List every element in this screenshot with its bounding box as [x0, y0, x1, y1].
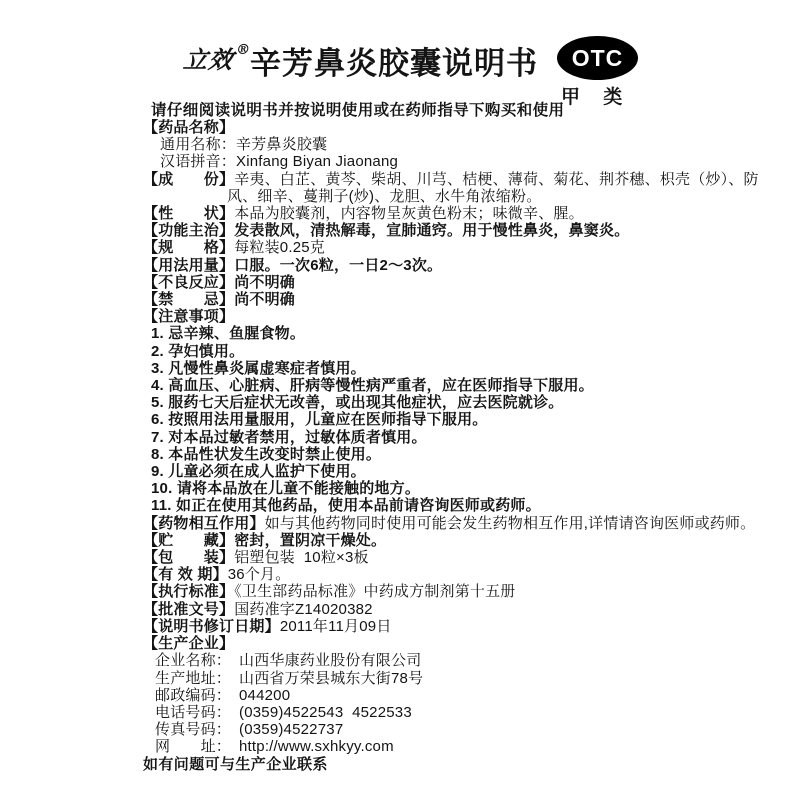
section-ingredients-label: 【成 份】 [143, 171, 234, 188]
generic-name-value: 辛芳鼻炎胶囊 [236, 136, 327, 153]
section-specification-content: 每粒装0.25克 [234, 239, 325, 256]
leaflet-body: 【药品名称】 通用名称：辛芳鼻炎胶囊 汉语拼音：Xinfang Biyan Ji… [143, 119, 709, 773]
section-adverse-reactions-content: 尚不明确 [234, 274, 295, 291]
section-precautions-label: 【注意事项】 [143, 308, 234, 325]
fax-key: 传真号码： [155, 721, 239, 738]
section-package: 【包 装】铝塑包装 10粒×3板 [143, 549, 709, 566]
section-revision-date: 【说明书修订日期】2011年11月09日 [143, 618, 709, 635]
manufacturer-row: 生产地址：山西省万荣县城东大街78号 [143, 670, 709, 687]
section-adverse-reactions-label: 【不良反应】 [143, 274, 234, 291]
generic-name-key: 通用名称： [160, 136, 236, 153]
contact-note: 如有问题可与生产企业联系 [143, 756, 709, 773]
section-storage: 【贮 藏】密封，置阴凉干燥处。 [143, 532, 709, 549]
precaution-item: 9. 儿童必须在成人监护下使用。 [143, 463, 709, 480]
section-manufacturer-label: 【生产企业】 [143, 635, 234, 652]
section-dosage-content: 口服。一次6粒，一日2～3次。 [234, 257, 442, 274]
section-character-label: 【性 状】 [143, 205, 234, 222]
phone-value: (0359)4522543 4522533 [239, 704, 412, 721]
section-manufacturer: 【生产企业】 [143, 635, 709, 652]
section-storage-label: 【贮 藏】 [143, 532, 234, 549]
section-standard: 【执行标准】《卫生部药品标准》中药成方制剂第十五册 [143, 583, 709, 600]
section-package-content: 铝塑包装 10粒×3板 [234, 549, 369, 566]
section-dosage: 【用法用量】口服。一次6粒，一日2～3次。 [143, 257, 709, 274]
precaution-item: 1. 忌辛辣、鱼腥食物。 [143, 325, 709, 342]
section-precautions: 【注意事项】 [143, 308, 709, 325]
pinyin-line: 汉语拼音：Xinfang Biyan Jiaonang [143, 153, 709, 170]
section-ingredients: 【成 份】辛夷、白芷、黄芩、柴胡、川芎、桔梗、薄荷、菊花、荆芥穗、枳壳（炒）、防… [143, 171, 761, 205]
section-contraindications: 【禁 忌】尚不明确 [143, 291, 709, 308]
section-drug-name: 【药品名称】 [143, 119, 709, 136]
section-character: 【性 状】本品为胶囊剂，内容物呈灰黄色粉末；味微辛、腥。 [143, 205, 709, 222]
section-validity-label: 【有 效 期】 [143, 566, 228, 583]
section-functions-label: 【功能主治】 [143, 222, 234, 239]
section-approval-number-content: 国药准字Z14020382 [234, 601, 373, 618]
section-adverse-reactions: 【不良反应】尚不明确 [143, 274, 709, 291]
precaution-item: 2. 孕妇慎用。 [143, 343, 709, 360]
brand-name: 立效 [182, 45, 236, 74]
brand-logo: 立效® [182, 40, 253, 75]
section-functions: 【功能主治】发表散风，清热解毒，宣肺通窍。用于慢性鼻炎，鼻窦炎。 [143, 222, 709, 239]
section-approval-number: 【批准文号】国药准字Z14020382 [143, 601, 709, 618]
section-character-content: 本品为胶囊剂，内容物呈灰黄色粉末；味微辛、腥。 [234, 205, 584, 222]
company-name-key: 企业名称： [155, 652, 239, 669]
phone-key: 电话号码： [155, 704, 239, 721]
section-standard-label: 【执行标准】 [143, 583, 234, 600]
otc-badge: OTC [557, 36, 638, 80]
fax-value: (0359)4522737 [239, 721, 343, 738]
section-package-label: 【包 装】 [143, 549, 234, 566]
address-key: 生产地址： [155, 670, 239, 687]
section-specification-label: 【规 格】 [143, 239, 234, 256]
otc-badge-label: OTC [572, 45, 624, 72]
precaution-item: 10. 请将本品放在儿童不能接触的地方。 [143, 480, 709, 497]
section-functions-content: 发表散风，清热解毒，宣肺通窍。用于慢性鼻炎，鼻窦炎。 [234, 222, 629, 239]
generic-name-line: 通用名称：辛芳鼻炎胶囊 [143, 136, 709, 153]
section-validity: 【有 效 期】36个月。 [143, 566, 709, 583]
manufacturer-row: 企业名称：山西华康药业股份有限公司 [143, 652, 709, 669]
section-interactions-label: 【药物相互作用】 [143, 515, 265, 532]
website-key: 网 址： [155, 738, 239, 755]
postcode-key: 邮政编码： [155, 687, 239, 704]
section-validity-content: 36个月。 [228, 566, 291, 583]
section-standard-content: 《卫生部药品标准》中药成方制剂第十五册 [234, 583, 515, 600]
precaution-item: 4. 高血压、心脏病、肝病等慢性病严重者，应在医师指导下服用。 [143, 377, 709, 394]
website-value: http://www.sxhkyy.com [239, 738, 394, 755]
section-revision-date-label: 【说明书修订日期】 [143, 618, 280, 635]
postcode-value: 044200 [239, 687, 290, 704]
company-name-value: 山西华康药业股份有限公司 [239, 652, 421, 669]
precaution-item: 8. 本品性状发生改变时禁止使用。 [143, 446, 709, 463]
section-dosage-label: 【用法用量】 [143, 257, 234, 274]
section-ingredients-content: 辛夷、白芷、黄芩、柴胡、川芎、桔梗、薄荷、菊花、荆芥穗、枳壳（炒）、防风、细辛、… [227, 171, 759, 205]
manufacturer-row: 网 址：http://www.sxhkyy.com [143, 738, 709, 755]
precaution-item: 5. 服药七天后症状无改善，或出现其他症状，应去医院就诊。 [143, 394, 709, 411]
section-specification: 【规 格】每粒装0.25克 [143, 239, 709, 256]
precaution-item: 7. 对本品过敏者禁用，过敏体质者慎用。 [143, 429, 709, 446]
address-value: 山西省万荣县城东大街78号 [239, 670, 423, 687]
pinyin-key: 汉语拼音： [160, 153, 236, 170]
section-interactions: 【药物相互作用】如与其他药物同时使用可能会发生药物相互作用,详情请咨询医师或药师… [143, 515, 800, 532]
manufacturer-row: 传真号码：(0359)4522737 [143, 721, 709, 738]
page-title: 辛芳鼻炎胶囊说明书 [250, 38, 538, 83]
precaution-item: 11. 如正在使用其他药品，使用本品前请咨询医师或药师。 [143, 497, 709, 514]
drug-leaflet-page: 立效® 辛芳鼻炎胶囊说明书 OTC 甲 类 请仔细阅读说明书并按说明使用或在药师… [0, 0, 800, 800]
section-storage-content: 密封，置阴凉干燥处。 [234, 532, 386, 549]
manufacturer-row: 电话号码：(0359)4522543 4522533 [143, 704, 709, 721]
usage-notice: 请仔细阅读说明书并按说明使用或在药师指导下购买和使用 [151, 98, 564, 120]
section-revision-date-content: 2011年11月09日 [280, 618, 392, 635]
otc-class-label: 甲 类 [561, 82, 631, 109]
precaution-item: 6. 按照用法用量服用，儿童应在医师指导下服用。 [143, 411, 709, 428]
section-approval-number-label: 【批准文号】 [143, 601, 234, 618]
section-contraindications-content: 尚不明确 [234, 291, 295, 308]
pinyin-value: Xinfang Biyan Jiaonang [236, 153, 398, 170]
precaution-item: 3. 凡慢性鼻炎属虚寒症者慎用。 [143, 360, 709, 377]
section-contraindications-label: 【禁 忌】 [143, 291, 234, 308]
section-interactions-content: 如与其他药物同时使用可能会发生药物相互作用,详情请咨询医师或药师。 [265, 515, 756, 532]
section-drug-name-label: 【药品名称】 [143, 119, 234, 136]
manufacturer-row: 邮政编码：044200 [143, 687, 709, 704]
